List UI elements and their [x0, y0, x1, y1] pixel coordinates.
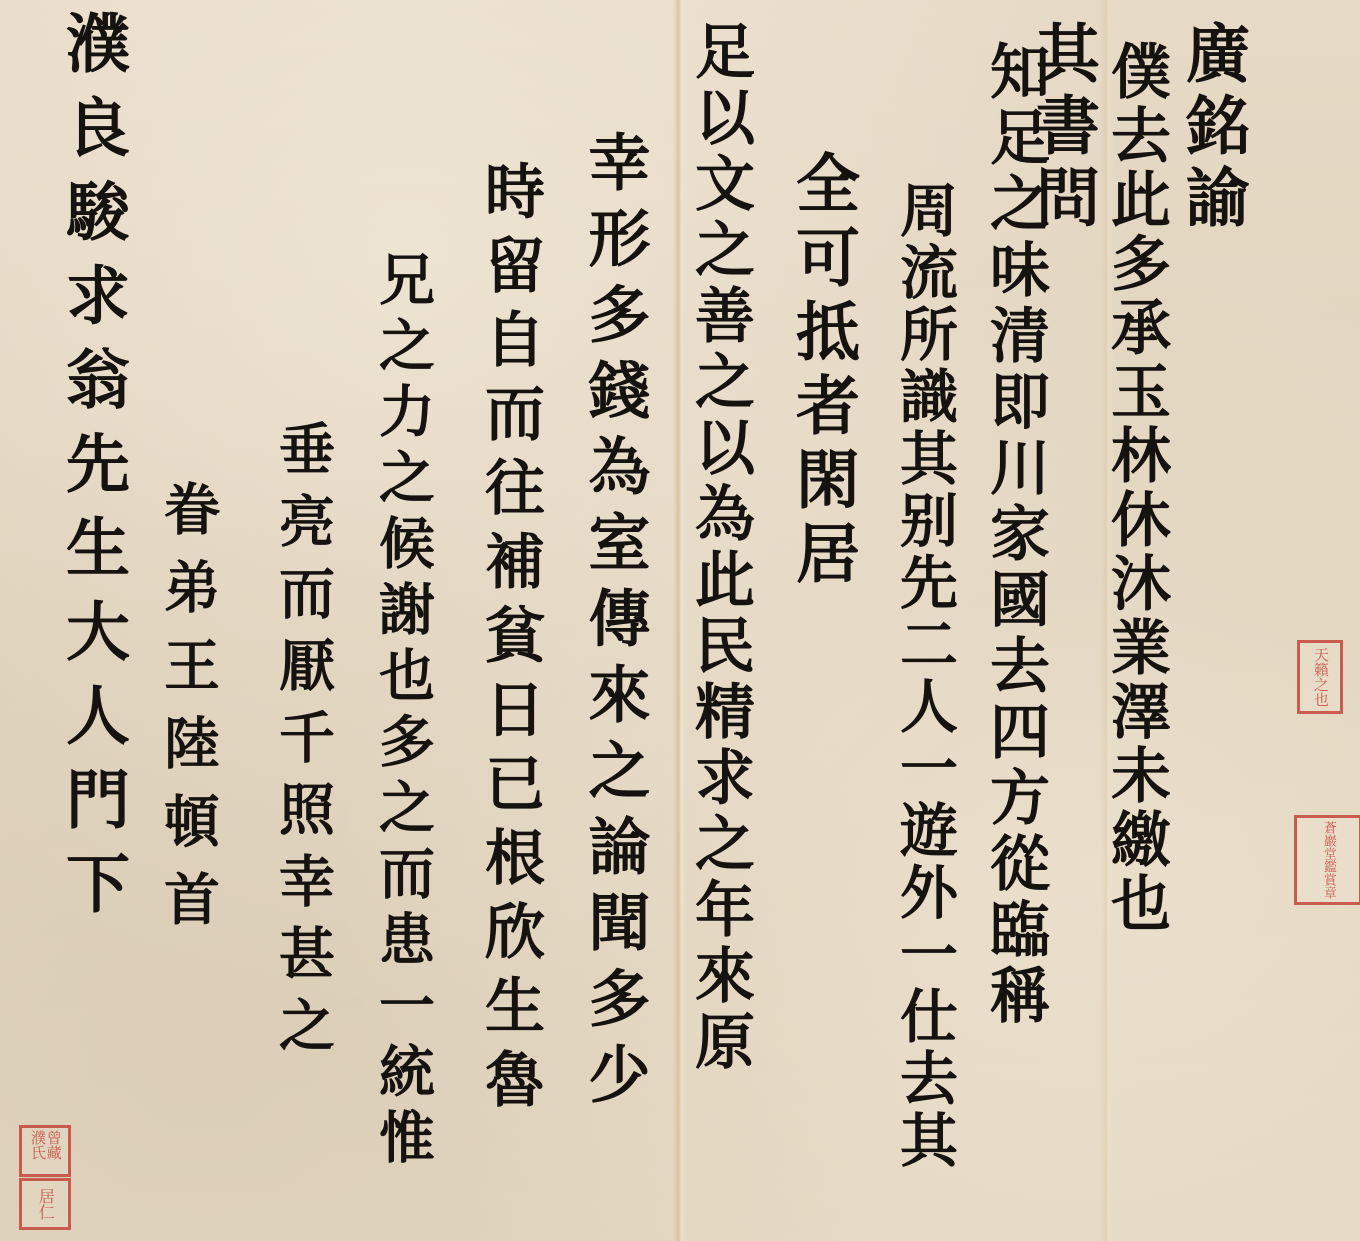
collector-seal-left-upper: 曾藏濮氏 — [19, 1125, 71, 1177]
text-column-8: 幸形多錢為室傳來之論聞多少 — [583, 130, 645, 1118]
text-column-1: 廣銘諭 — [1180, 20, 1244, 236]
text-column-12-signature: 眷弟王陸頓首 — [160, 480, 216, 948]
text-column-7: 足以文之善之以為此民精求之年來原 — [690, 20, 750, 1076]
text-column-9: 時留自而往補貧日已根欣生魯 — [480, 160, 540, 1122]
text-column-5: 周流所識其别先二人一遊外一仕去其 — [895, 180, 953, 1172]
text-column-2: 僕去此多承玉林休沐業澤未繳也 — [1106, 40, 1166, 936]
collector-seal-right-lower: 蒼巖堂鑑賞章 — [1294, 815, 1360, 905]
text-column-10: 兄之力之候謝也多之而患一統惟 — [375, 250, 431, 1174]
collector-seal-right-upper: 天籟之也 — [1297, 640, 1343, 714]
calligraphy-letter-paper: 廣銘諭 僕去此多承玉林休沐業澤未繳也 其書問 知足之味清即川家國去四方從臨稱 周… — [0, 0, 1360, 1241]
text-column-13-addressee: 濮良駿求翁先生大人門下 — [60, 10, 124, 934]
text-column-11: 垂亮而厭千照幸甚之 — [275, 420, 331, 1068]
text-column-6: 全可抵者閑居 — [790, 150, 854, 594]
collector-seal-left-lower: 居仁 — [19, 1178, 71, 1230]
text-column-4: 知足之味清即川家國去四方從臨稱 — [985, 40, 1045, 1030]
